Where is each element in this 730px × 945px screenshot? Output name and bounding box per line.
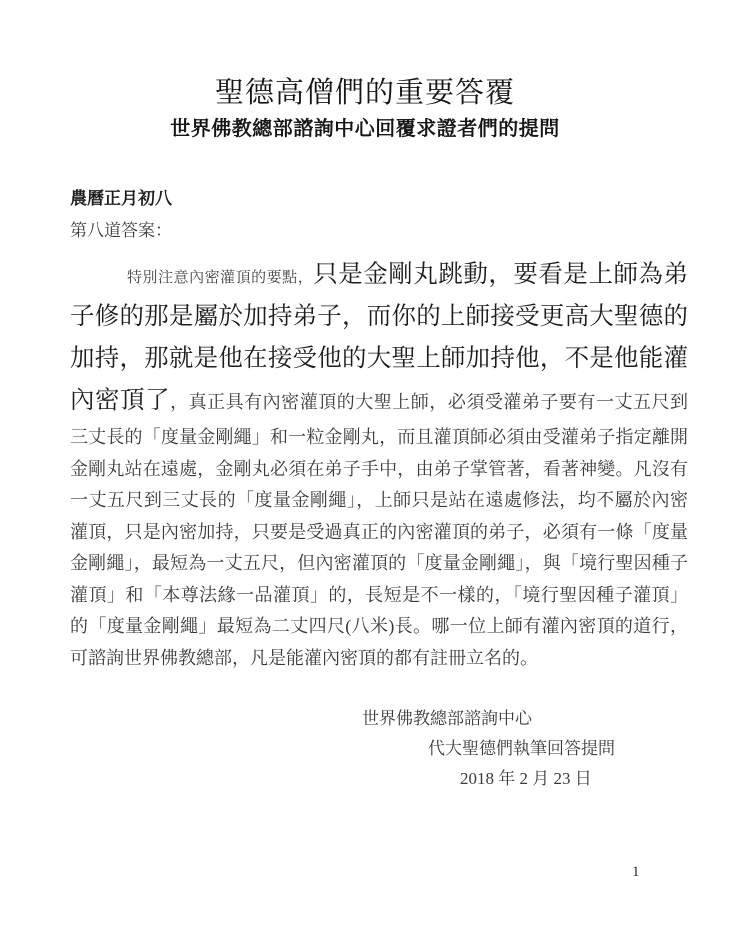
signature-byline: 代大聖德們執筆回答提問: [70, 734, 688, 764]
lunar-date-heading: 農曆正月初八: [70, 188, 688, 210]
answer-paragraph-intro: 特別注意內密灌頂的要點，: [127, 270, 313, 286]
document-page: 聖德高僧們的重要答覆 世界佛教總部諮詢中心回覆求證者們的提問 農曆正月初八 第八…: [0, 0, 730, 945]
signature-block: 世界佛教總部諮詢中心 代大聖德們執筆回答提問 2018 年 2 月 23 日: [70, 704, 688, 794]
document-title: 聖德高僧們的重要答覆: [0, 0, 730, 110]
document-body: 農曆正月初八 第八道答案： 特別注意內密灌頂的要點，只是金剛丸跳動，要看是上師為…: [70, 188, 688, 794]
answer-paragraph: 特別注意內密灌頂的要點，只是金剛丸跳動，要看是上師為弟子修的那是屬於加持弟子，而…: [70, 254, 688, 674]
page-number: 1: [632, 862, 640, 882]
signature-date: 2018 年 2 月 23 日: [70, 764, 688, 794]
document-subtitle: 世界佛教總部諮詢中心回覆求證者們的提問: [0, 117, 730, 141]
answer-paragraph-rest: ，真正具有內密灌頂的大聖上師，必須受灌弟子要有一丈五尺到三丈長的「度量金剛繩」和…: [70, 392, 688, 668]
answer-number-label: 第八道答案：: [70, 220, 688, 242]
signature-organization: 世界佛教總部諮詢中心: [70, 704, 688, 734]
